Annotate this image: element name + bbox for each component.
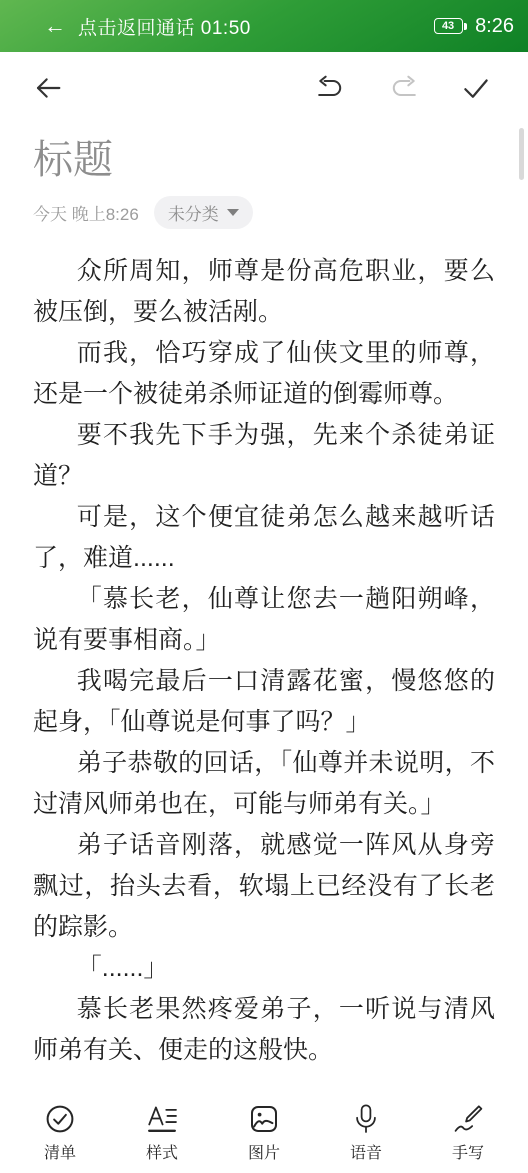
nav-label: 样式 (146, 1140, 178, 1163)
paragraph[interactable]: 而我，恰巧穿成了仙侠文里的师尊，还是一个被徒弟杀师证道的倒霉师尊。 (33, 333, 495, 415)
scrollbar-thumb[interactable] (519, 128, 524, 180)
call-status-text: 点击返回通话 01:50 (78, 13, 251, 40)
handwriting-button[interactable]: 手写 (432, 1103, 504, 1173)
status-indicators: 43 8:26 (434, 15, 514, 38)
insert-image-button[interactable]: 图片 (228, 1103, 300, 1173)
chevron-down-icon (227, 209, 239, 216)
paragraph[interactable]: 慕长老果然疼爱弟子，一听说与清风师弟有关、便走的这般快。 (33, 989, 495, 1071)
return-to-call-chip[interactable]: ← 点击返回通话 01:50 (44, 13, 251, 40)
bottom-toolbar: 清单 样式 图片 (0, 1095, 528, 1173)
battery-percent: 43 (434, 18, 463, 34)
back-button[interactable] (32, 72, 64, 104)
nav-label: 手写 (452, 1140, 484, 1163)
editor-toolbar (0, 52, 528, 124)
check-icon (460, 73, 492, 103)
checklist-button[interactable]: 清单 (24, 1103, 96, 1173)
nav-label: 清单 (44, 1140, 76, 1163)
paragraph[interactable]: 我喝完最后一口清露花蜜，慢悠悠的起身，「仙尊说是何事了吗？」 (33, 661, 495, 743)
category-label: 未分类 (168, 200, 219, 225)
back-arrow-icon: ← (44, 15, 66, 37)
voice-note-button[interactable]: 语音 (330, 1103, 402, 1173)
redo-icon (387, 74, 420, 102)
redo-button[interactable] (387, 74, 420, 102)
back-arrow-icon (32, 72, 64, 104)
note-body-textarea[interactable]: 众所周知，师尊是份高危职业，要么被压倒，要么被活剐。 而我，恰巧穿成了仙侠文里的… (33, 251, 495, 1071)
paragraph[interactable]: 「慕长老，仙尊让您去一趟阳朔峰，说有要事相商。」 (33, 579, 495, 661)
status-bar: ← 点击返回通话 01:50 43 8:26 (0, 0, 528, 52)
text-style-icon (145, 1103, 179, 1135)
status-time: 8:26 (475, 15, 514, 38)
battery-nub (464, 23, 467, 30)
paragraph[interactable]: 弟子话音刚落，就感觉一阵风从身旁飘过，抬头去看，软塌上已经没有了长老的踪影。 (33, 825, 495, 948)
checklist-icon (44, 1103, 76, 1135)
paragraph[interactable]: 众所周知，师尊是份高危职业，要么被压倒，要么被活剐。 (33, 251, 495, 333)
voice-icon (351, 1103, 381, 1135)
notes-app-screen: ← 点击返回通话 01:50 43 8:26 (0, 0, 528, 1173)
note-title-input[interactable]: 标题 (33, 136, 495, 184)
paragraph[interactable]: 可是，这个便宜徒弟怎么越来越听话了，难道...... (33, 497, 495, 579)
note-date: 今天 晚上8:26 (33, 200, 139, 225)
nav-label: 图片 (248, 1140, 280, 1163)
paragraph[interactable]: 弟子恭敬的回话，「仙尊并未说明，不过清风师弟也在，可能与师弟有关。」 (33, 743, 495, 825)
toolbar-right-group (314, 73, 492, 103)
text-style-button[interactable]: 样式 (126, 1103, 198, 1173)
undo-button[interactable] (314, 74, 347, 102)
handwriting-icon (451, 1103, 485, 1135)
nav-label: 语音 (350, 1140, 382, 1163)
note-editor: 标题 今天 晚上8:26 未分类 众所周知，师尊是份高危职业，要么被压倒，要么被… (0, 136, 528, 1071)
paragraph[interactable]: 要不我先下手为强，先来个杀徒弟证道？ (33, 415, 495, 497)
undo-icon (314, 74, 347, 102)
save-check-button[interactable] (460, 73, 492, 103)
paragraph[interactable]: 「......」 (33, 948, 495, 989)
category-selector[interactable]: 未分类 (154, 196, 253, 229)
note-meta-row: 今天 晚上8:26 未分类 (33, 196, 495, 229)
battery-icon: 43 (434, 18, 468, 34)
image-icon (248, 1103, 280, 1135)
